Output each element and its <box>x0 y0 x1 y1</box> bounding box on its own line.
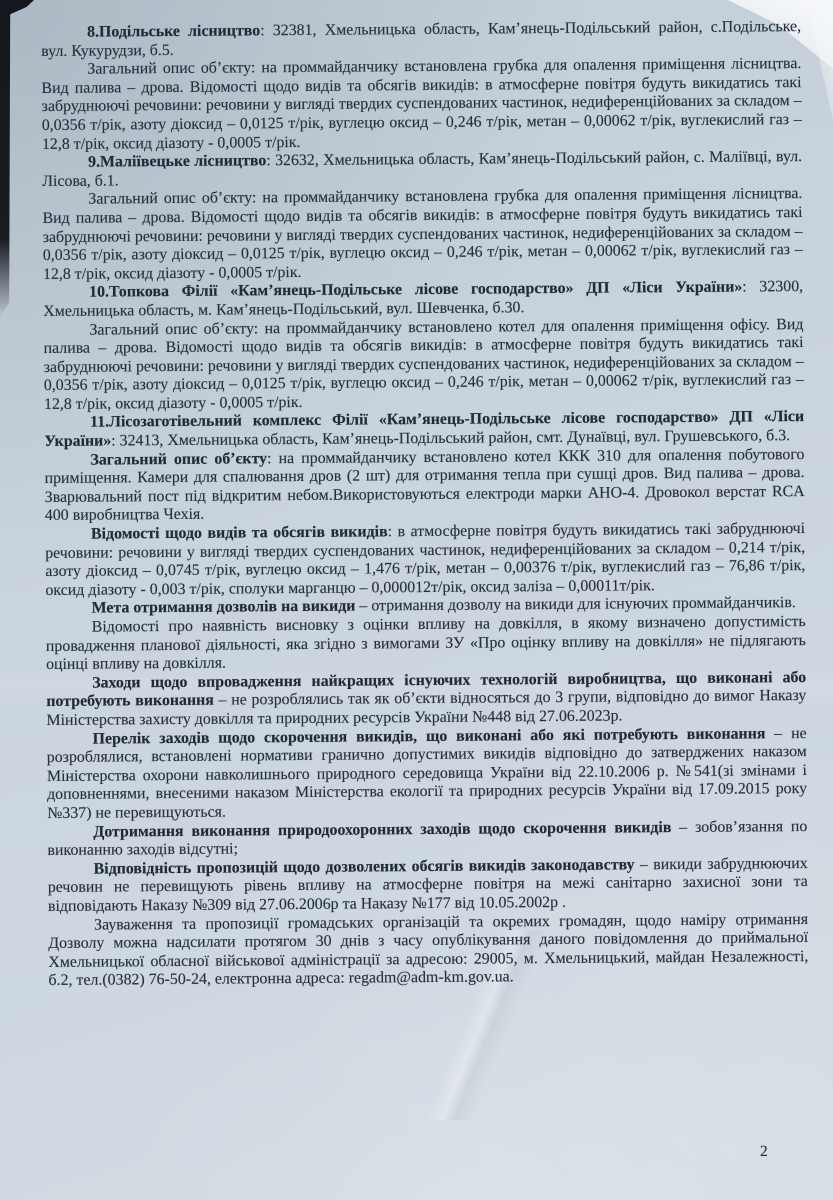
paragraph-lead: Мета отримання дозволів на викиди <box>92 598 356 617</box>
paragraph: 8.Подільське лісництво: 32381, Хмельниць… <box>41 18 801 61</box>
paragraph: 9.Маліївецьке лісництво: 32632, Хмельниц… <box>42 148 802 191</box>
paragraph-lead: Відомості щодо видів та обсягів викидів <box>91 523 388 542</box>
paragraph: 11.Лісозаготівельний комплекс Філії «Кам… <box>44 408 804 451</box>
paragraph: Загальний опис об’єкту: на проммайданчик… <box>41 55 802 154</box>
paragraph: Відомості про наявність висновку з оцінк… <box>46 613 806 675</box>
paragraph: Загальний опис об’єкту: на проммайданчик… <box>43 316 804 415</box>
paragraph-lead: Відповідність пропозицій щодо дозволених… <box>94 856 635 877</box>
paragraph-lead: 9.Маліївецьке лісництво <box>88 152 266 170</box>
document-text-block: 8.Подільське лісництво: 32381, Хмельниць… <box>41 18 809 991</box>
paragraph: Загальний опис об’єкту: на проммайданчик… <box>44 446 805 526</box>
page-number: 2 <box>760 1143 768 1161</box>
scan-edge-shadow-left <box>0 0 34 318</box>
paragraph: Перелік заходів щодо скорочення викидів,… <box>47 725 808 824</box>
paragraph-lead: Загальний опис об’єкту <box>90 450 267 468</box>
paragraph: Відповідність пропозицій щодо дозволених… <box>48 855 808 917</box>
paragraph-text: Загальний опис об’єкту: на проммайданчик… <box>43 316 803 413</box>
scanned-document-photo: 8.Подільське лісництво: 32381, Хмельниць… <box>0 0 833 1200</box>
paragraph: Загальний опис об’єкту: на проммайданчик… <box>42 185 803 284</box>
paragraph-lead: 8.Подільське лісництво <box>87 22 260 40</box>
paragraph: Відомості щодо видів та обсягів викидів:… <box>45 520 806 600</box>
paragraph: Заходи щодо впровадження найкращих існую… <box>46 669 806 731</box>
paragraph-text: Загальний опис об’єкту: на проммайданчик… <box>42 185 802 282</box>
paragraph-lead: Дотримання виконання природоохоронних за… <box>93 819 671 841</box>
paragraph-text: Зауваження та пропозиції громадських орг… <box>48 911 808 990</box>
paragraph-text: – отримання дозволу на викиди для існуюч… <box>355 594 796 614</box>
paragraph: Дотримання виконання природоохоронних за… <box>47 818 807 861</box>
paragraph-text: Загальний опис об’єкту: на проммайданчик… <box>41 55 801 152</box>
paragraph-text: Відомості про наявність висновку з оцінк… <box>46 613 806 673</box>
paragraph: 10.Топкова Філії «Кам’янець-Подільське л… <box>43 278 803 321</box>
paragraph: Зауваження та пропозиції громадських орг… <box>48 911 809 991</box>
